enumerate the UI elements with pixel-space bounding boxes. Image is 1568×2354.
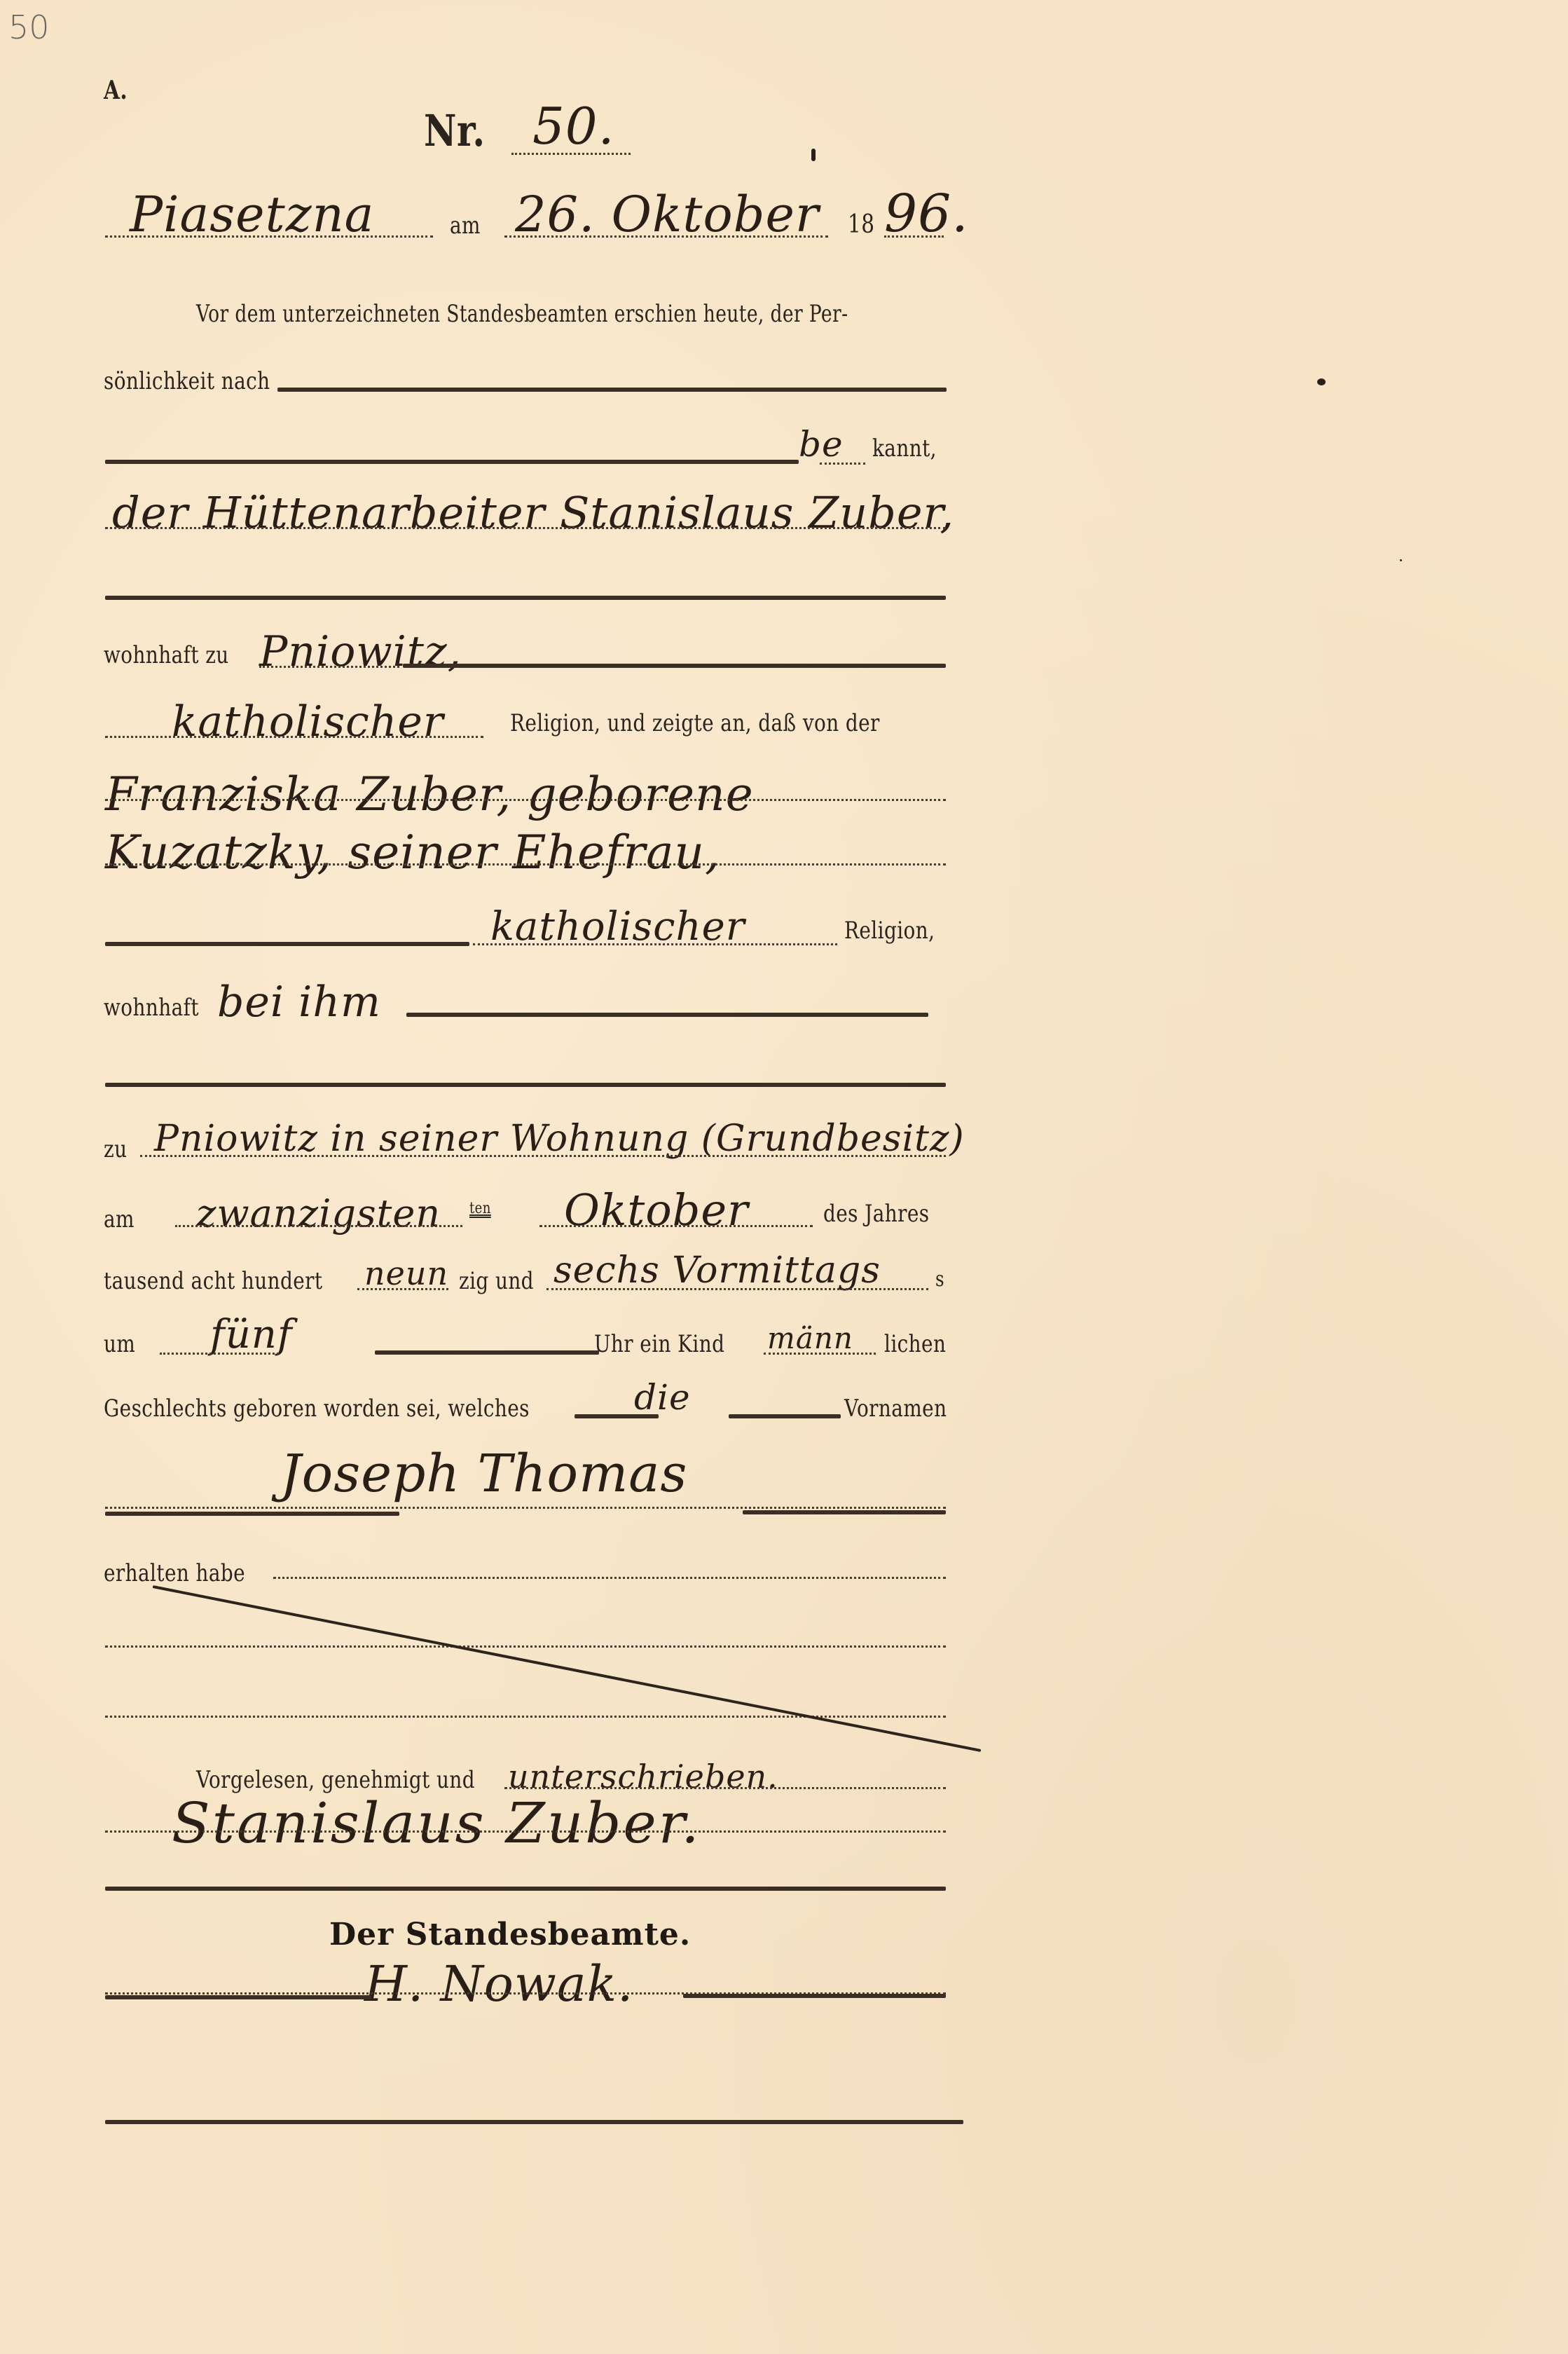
month-handwritten: Oktober xyxy=(564,1184,749,1236)
uhr-kind-text: Uhr ein Kind xyxy=(594,1330,724,1358)
informant-handwritten: der Hüttenarbeiter Stanislaus Zuber, xyxy=(112,487,954,538)
religion1-dotted-line xyxy=(105,736,483,738)
hour-dotted-line xyxy=(160,1353,279,1355)
zig-und-text: zig und xyxy=(459,1267,534,1295)
strike-rule xyxy=(743,1510,946,1514)
registrar-signature: H. Nowak. xyxy=(364,1955,633,2013)
strike-rule xyxy=(105,596,946,600)
date-dotted-line xyxy=(504,235,828,238)
religion2-dotted-line xyxy=(473,943,837,945)
strike-rule xyxy=(729,1414,841,1418)
bekannt-text: kannt, xyxy=(872,434,937,463)
ten-suffix: ten xyxy=(469,1200,491,1217)
article-handwritten: die xyxy=(634,1377,691,1418)
vorgelesen-dotted-line xyxy=(504,1787,946,1789)
informant-signature: Stanislaus Zuber. xyxy=(172,1791,701,1856)
unit-handwritten: sechs Vormittags xyxy=(553,1250,881,1292)
tausend-text: tausend acht hundert xyxy=(104,1267,322,1295)
strike-rule xyxy=(105,942,469,946)
intro-text: Vor dem unterzeichneten Standesbeamten e… xyxy=(196,300,848,328)
year-prefix: 18 xyxy=(848,210,874,239)
wohnhaft-zu-label: wohnhaft zu xyxy=(104,641,229,669)
erhalten-dotted-line xyxy=(273,1577,946,1579)
bekannt-handwritten: be xyxy=(799,424,844,465)
vorgelesen-handwritten: unterschrieben. xyxy=(508,1758,778,1795)
wohnhaft-handwritten: bei ihm xyxy=(217,978,381,1027)
sex-handwritten: männ xyxy=(767,1321,853,1355)
wohnhaft-label: wohnhaft xyxy=(104,994,199,1022)
month-dotted-line xyxy=(539,1225,813,1227)
place-dotted-line xyxy=(105,235,433,238)
ink-mark xyxy=(811,149,816,161)
persoenlichkeit-text: sönlichkeit nach xyxy=(104,367,270,395)
year-dotted-line xyxy=(884,235,944,238)
form-letter: A. xyxy=(104,76,128,105)
mother-line2-dotted xyxy=(105,863,946,865)
nr-value: 50. xyxy=(532,97,615,156)
day-handwritten: zwanzigsten xyxy=(196,1191,441,1236)
blank-dotted-line xyxy=(105,1645,946,1648)
child-names-handwritten: Joseph Thomas xyxy=(280,1444,687,1504)
place-handwritten: Piasetzna xyxy=(130,186,374,243)
bekannt-dotted-line xyxy=(820,463,865,465)
hour-handwritten: fünf xyxy=(210,1312,293,1357)
erhalten-text: erhalten habe xyxy=(104,1559,245,1587)
religion1-text: Religion, und zeigte an, daß von der xyxy=(510,709,880,737)
vornamen-text: Vornamen xyxy=(844,1395,947,1423)
strike-rule xyxy=(105,2120,963,2124)
strike-rule xyxy=(406,1013,928,1017)
mother-line1-dotted xyxy=(105,799,946,801)
mother-line1-handwritten: Franziska Zuber, geborene xyxy=(105,767,754,821)
mother-line2-handwritten: Kuzatzky, seiner Ehefrau, xyxy=(105,826,720,880)
strike-rule xyxy=(105,1887,946,1891)
cancellation-stroke xyxy=(153,1585,982,1752)
register-number: Nr. xyxy=(424,105,499,156)
informant-dotted-line xyxy=(105,527,946,529)
wohnhaft-dotted-line xyxy=(259,666,399,668)
strike-rule xyxy=(403,664,946,668)
date-am-label: am xyxy=(450,212,481,240)
strike-rule xyxy=(105,1995,371,1999)
wohnhaft-zu-handwritten: Pniowitz, xyxy=(259,627,462,676)
religion2-text: Religion, xyxy=(844,917,935,945)
strike-rule xyxy=(105,1512,399,1516)
strike-rule xyxy=(105,460,799,464)
ink-spot xyxy=(1400,559,1402,561)
strike-rule xyxy=(375,1350,599,1355)
unit-dotted-line xyxy=(546,1288,928,1290)
ink-spot xyxy=(1317,378,1326,385)
decade-handwritten: neun xyxy=(364,1254,448,1292)
nr-label: Nr. xyxy=(424,105,486,156)
birthplace-handwritten: Pniowitz in seiner Wohnung (Grundbesitz) xyxy=(154,1118,965,1160)
pencil-page-number: 50 xyxy=(8,8,50,46)
strike-rule xyxy=(105,1083,946,1087)
zu-label: zu xyxy=(104,1135,127,1163)
um-label: um xyxy=(104,1330,135,1358)
birthplace-dotted-line xyxy=(140,1155,946,1157)
vorgelesen-text: Vorgelesen, genehmigt und xyxy=(196,1766,475,1794)
date-handwritten: 26. Oktober xyxy=(515,186,819,243)
day-dotted-line xyxy=(175,1225,462,1227)
lichen-text: lichen xyxy=(884,1330,946,1358)
decade-dotted-line xyxy=(357,1288,448,1290)
nr-dotted-line xyxy=(511,153,631,155)
strike-rule xyxy=(683,1994,946,1998)
s-suffix: s xyxy=(935,1267,944,1292)
am-label: am xyxy=(104,1205,135,1233)
registrar-title: Der Standesbeamte. xyxy=(329,1917,691,1952)
geschlechts-text: Geschlechts geboren worden sei, welches xyxy=(104,1395,530,1423)
des-jahres-text: des Jahres xyxy=(823,1200,930,1228)
signature-dotted-line xyxy=(105,1830,946,1833)
religion1-handwritten: katholischer xyxy=(172,697,444,746)
child-names-dotted-line xyxy=(105,1507,946,1509)
strike-rule xyxy=(277,388,947,392)
sex-dotted-line xyxy=(764,1353,876,1355)
